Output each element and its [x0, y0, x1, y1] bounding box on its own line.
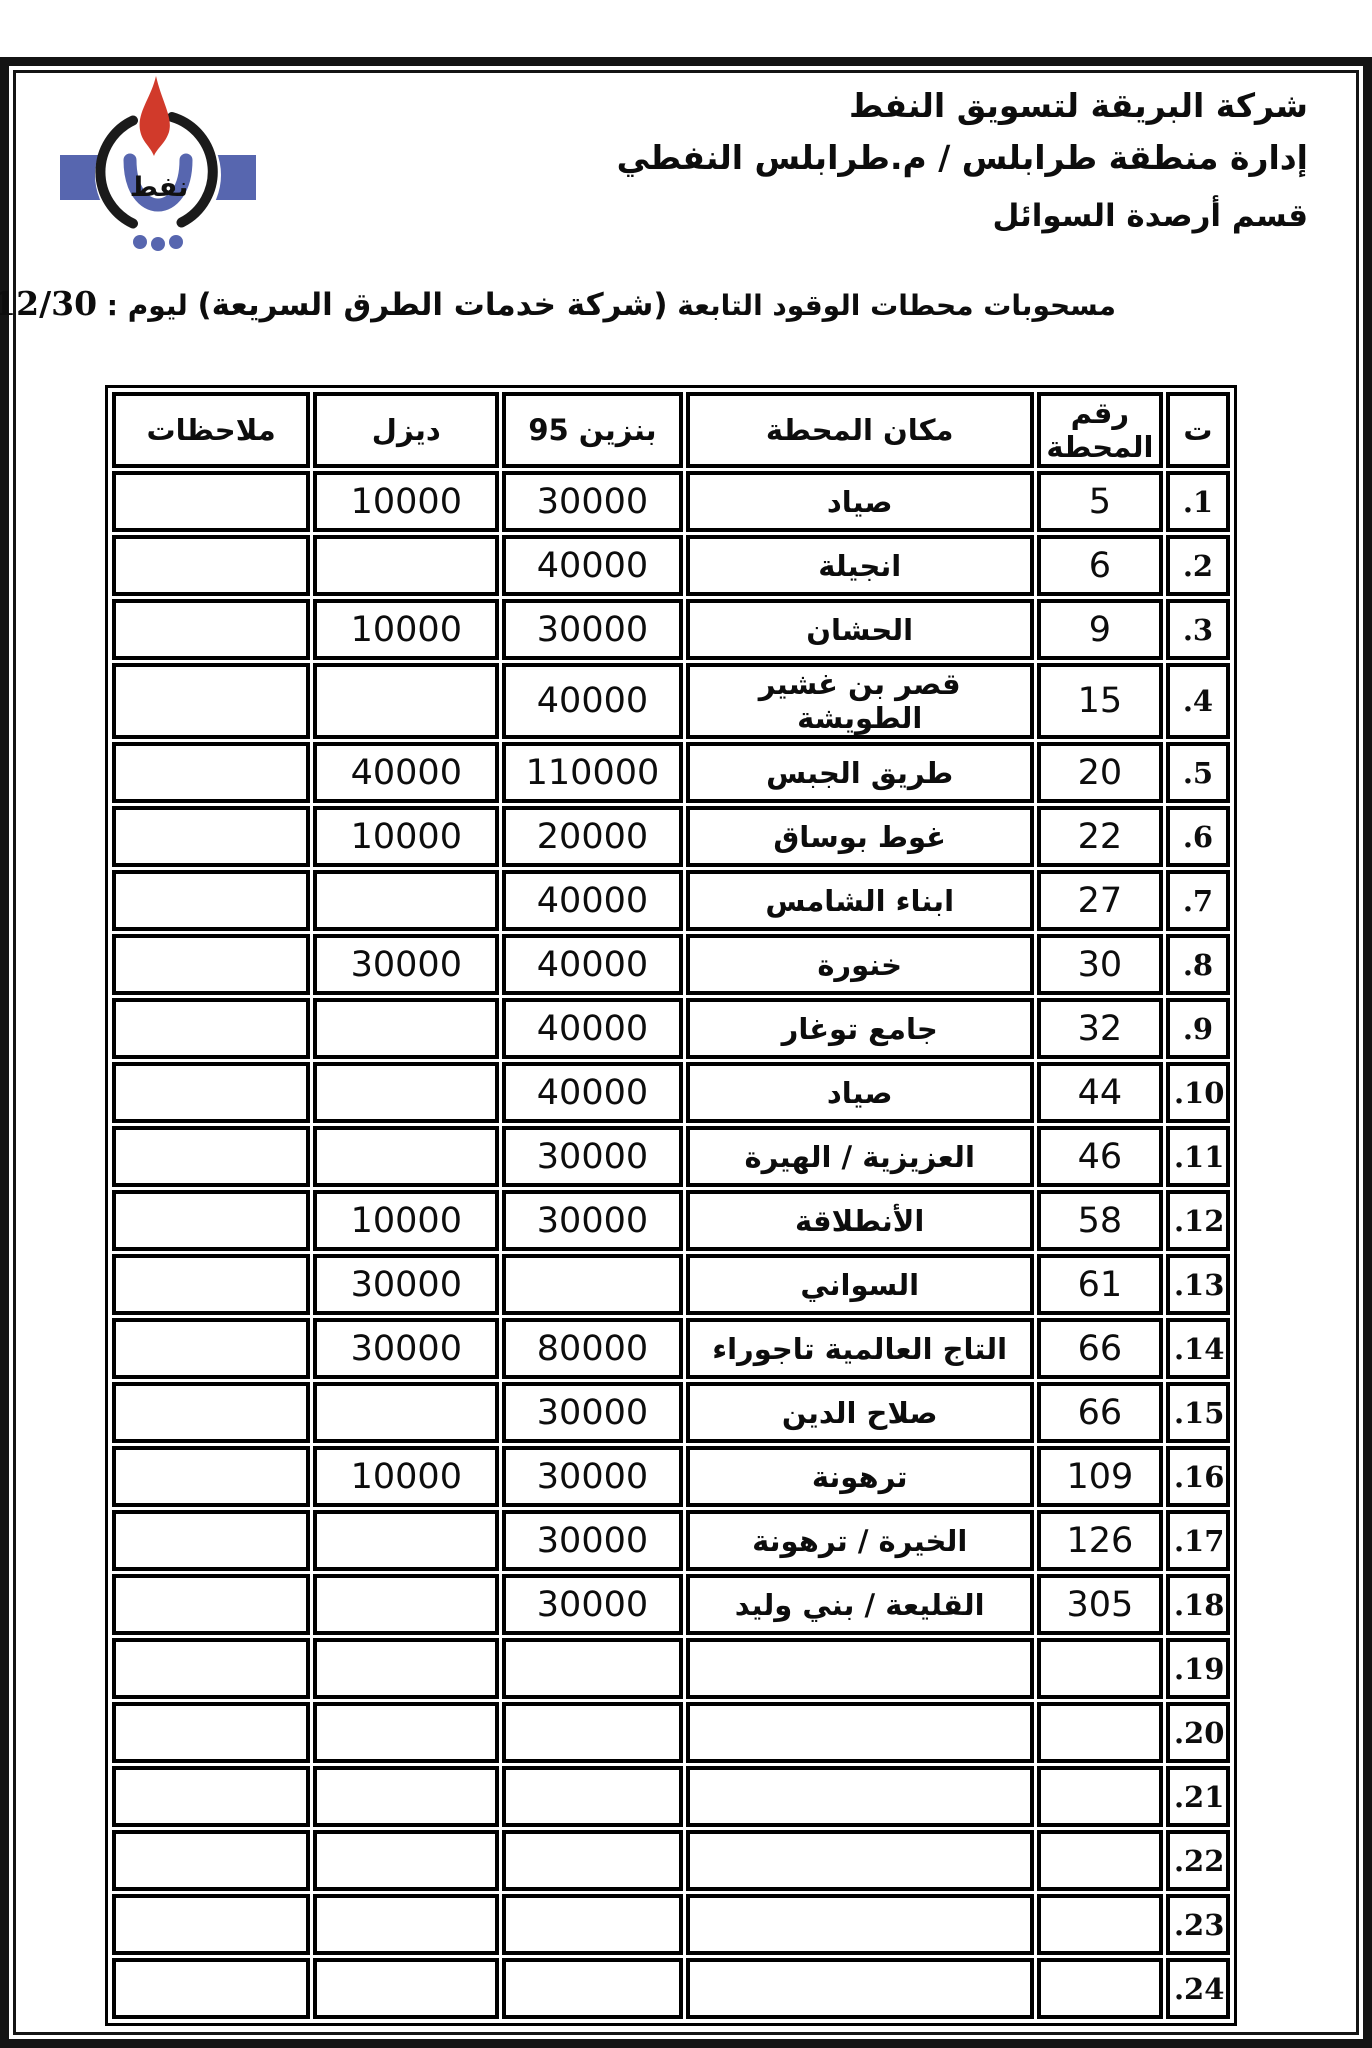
- title-prefix: مسحوبات محطات الوقود التابعة: [668, 289, 1116, 322]
- table-row: .1566صلاح الدين30000: [112, 1382, 1230, 1443]
- table-row: .520طريق الجبس11000040000: [112, 742, 1230, 803]
- station-number-cell: [1037, 1830, 1163, 1891]
- benzine95-cell: [502, 1958, 682, 2019]
- notes-cell: [112, 1702, 310, 1763]
- column-header-serial: ت: [1166, 392, 1230, 468]
- benzine95-cell: [502, 1894, 682, 1955]
- row-number-cell: .3: [1166, 599, 1230, 660]
- station-location-cell: انجيلة: [686, 535, 1034, 596]
- benzine95-cell: 40000: [502, 1062, 682, 1123]
- notes-cell: [112, 1318, 310, 1379]
- notes-cell: [112, 806, 310, 867]
- benzine95-cell: [502, 1702, 682, 1763]
- table-header-row: ت رقم المحطة مكان المحطة بنزين 95 ديزل م…: [112, 392, 1230, 468]
- station-number-cell: 46: [1037, 1126, 1163, 1187]
- diesel-cell: [313, 1062, 499, 1123]
- table-row: .15صياد3000010000: [112, 471, 1230, 532]
- diesel-cell: [313, 535, 499, 596]
- notes-cell: [112, 1254, 310, 1315]
- benzine95-cell: 30000: [502, 1574, 682, 1635]
- benzine95-cell: 40000: [502, 998, 682, 1059]
- benzine95-cell: 20000: [502, 806, 682, 867]
- table-row: .622غوط بوساق2000010000: [112, 806, 1230, 867]
- benzine95-cell: [502, 1830, 682, 1891]
- diesel-cell: [313, 1510, 499, 1571]
- withdrawals-table-grid: ت رقم المحطة مكان المحطة بنزين 95 ديزل م…: [109, 389, 1233, 2022]
- notes-cell: [112, 1510, 310, 1571]
- notes-cell: [112, 663, 310, 739]
- benzine95-cell: 30000: [502, 1510, 682, 1571]
- diesel-cell: 30000: [313, 1318, 499, 1379]
- table-row: .22: [112, 1830, 1230, 1891]
- row-number-cell: .16: [1166, 1446, 1230, 1507]
- logo-drop-icon: [151, 237, 165, 251]
- station-number-cell: 126: [1037, 1510, 1163, 1571]
- diesel-cell: 10000: [313, 1446, 499, 1507]
- station-location-cell: ابناء الشامس: [686, 870, 1034, 931]
- notes-cell: [112, 1574, 310, 1635]
- station-location-cell: ترهونة: [686, 1446, 1034, 1507]
- diesel-cell: 10000: [313, 1190, 499, 1251]
- diesel-cell: 30000: [313, 1254, 499, 1315]
- row-number-cell: .11: [1166, 1126, 1230, 1187]
- diesel-cell: [313, 870, 499, 931]
- station-location-cell: القليعة / بني وليد: [686, 1574, 1034, 1635]
- station-location-cell: قصر بن غشير الطويشة: [686, 663, 1034, 739]
- station-number-cell: 5: [1037, 471, 1163, 532]
- notes-cell: [112, 1766, 310, 1827]
- station-number-cell: 32: [1037, 998, 1163, 1059]
- station-location-cell: [686, 1958, 1034, 2019]
- station-number-cell: 30: [1037, 934, 1163, 995]
- station-number-cell: 66: [1037, 1318, 1163, 1379]
- table-body: .15صياد3000010000.26انجيلة40000.39الحشان…: [112, 471, 1230, 2019]
- diesel-cell: 10000: [313, 806, 499, 867]
- diesel-cell: [313, 1574, 499, 1635]
- title-day-label: ليوم :: [97, 289, 197, 322]
- table-row: .1466التاج العالمية تاجوراء8000030000: [112, 1318, 1230, 1379]
- station-number-cell: [1037, 1958, 1163, 2019]
- diesel-cell: [313, 998, 499, 1059]
- station-location-cell: التاج العالمية تاجوراء: [686, 1318, 1034, 1379]
- station-location-cell: غوط بوساق: [686, 806, 1034, 867]
- department-line: إدارة منطقة طرابلس / م.طرابلس النفطي: [617, 132, 1308, 184]
- station-number-cell: 22: [1037, 806, 1163, 867]
- benzine95-cell: 30000: [502, 1446, 682, 1507]
- notes-cell: [112, 998, 310, 1059]
- table-row: .17126الخيرة / ترهونة30000: [112, 1510, 1230, 1571]
- notes-cell: [112, 1126, 310, 1187]
- benzine95-cell: [502, 1638, 682, 1699]
- station-location-cell: الأنطلاقة: [686, 1190, 1034, 1251]
- benzine95-cell: 40000: [502, 870, 682, 931]
- row-number-cell: .18: [1166, 1574, 1230, 1635]
- letterhead: شركة البريقة لتسويق النفط إدارة منطقة طر…: [617, 80, 1308, 242]
- station-number-cell: [1037, 1702, 1163, 1763]
- row-number-cell: .10: [1166, 1062, 1230, 1123]
- row-number-cell: .5: [1166, 742, 1230, 803]
- diesel-cell: [313, 1958, 499, 2019]
- row-number-cell: .8: [1166, 934, 1230, 995]
- column-header-diesel: ديزل: [313, 392, 499, 468]
- row-number-cell: .1: [1166, 471, 1230, 532]
- notes-cell: [112, 1190, 310, 1251]
- diesel-cell: [313, 1126, 499, 1187]
- station-location-cell: [686, 1766, 1034, 1827]
- row-number-cell: .7: [1166, 870, 1230, 931]
- row-number-cell: .17: [1166, 1510, 1230, 1571]
- company-name: شركة البريقة لتسويق النفط: [617, 80, 1308, 132]
- notes-cell: [112, 471, 310, 532]
- table-row: .415قصر بن غشير الطويشة40000: [112, 663, 1230, 739]
- benzine95-cell: 80000: [502, 1318, 682, 1379]
- benzine95-cell: 30000: [502, 599, 682, 660]
- notes-cell: [112, 1830, 310, 1891]
- page-title: مسحوبات محطات الوقود التابعة (شركة خدمات…: [0, 284, 1116, 323]
- row-number-cell: .20: [1166, 1702, 1230, 1763]
- company-logo: نفط: [52, 62, 262, 262]
- notes-cell: [112, 599, 310, 660]
- notes-cell: [112, 870, 310, 931]
- column-header-station-number: رقم المحطة: [1037, 392, 1163, 468]
- column-header-notes: ملاحظات: [112, 392, 310, 468]
- diesel-cell: [313, 1382, 499, 1443]
- station-location-cell: الخيرة / ترهونة: [686, 1510, 1034, 1571]
- station-number-cell: 109: [1037, 1446, 1163, 1507]
- station-number-cell: 61: [1037, 1254, 1163, 1315]
- table-row: .830خنورة4000030000: [112, 934, 1230, 995]
- row-number-cell: .12: [1166, 1190, 1230, 1251]
- row-number-cell: .2: [1166, 535, 1230, 596]
- table-row: .16109ترهونة3000010000: [112, 1446, 1230, 1507]
- withdrawals-table: ت رقم المحطة مكان المحطة بنزين 95 ديزل م…: [105, 385, 1237, 2026]
- station-location-cell: العزيزية / الهيرة: [686, 1126, 1034, 1187]
- station-location-cell: الحشان: [686, 599, 1034, 660]
- logo-text: نفط: [130, 172, 188, 203]
- benzine95-cell: 110000: [502, 742, 682, 803]
- station-location-cell: [686, 1638, 1034, 1699]
- diesel-cell: [313, 1702, 499, 1763]
- benzine95-cell: 30000: [502, 1190, 682, 1251]
- station-number-cell: 305: [1037, 1574, 1163, 1635]
- station-location-cell: [686, 1702, 1034, 1763]
- table-row: .1146العزيزية / الهيرة30000: [112, 1126, 1230, 1187]
- benzine95-cell: 40000: [502, 535, 682, 596]
- benzine95-cell: [502, 1254, 682, 1315]
- station-number-cell: 66: [1037, 1382, 1163, 1443]
- benzine95-cell: [502, 1766, 682, 1827]
- table-row: .26انجيلة40000: [112, 535, 1230, 596]
- title-company-highlight: (شركة خدمات الطرق السريعة): [198, 287, 668, 323]
- table-row: .1361السواني30000: [112, 1254, 1230, 1315]
- station-location-cell: صياد: [686, 471, 1034, 532]
- notes-cell: [112, 742, 310, 803]
- column-header-station-location: مكان المحطة: [686, 392, 1034, 468]
- station-number-cell: [1037, 1894, 1163, 1955]
- notes-cell: [112, 1382, 310, 1443]
- logo-drop-icon: [133, 235, 147, 249]
- table-row: .21: [112, 1766, 1230, 1827]
- benzine95-cell: 40000: [502, 663, 682, 739]
- station-number-cell: 44: [1037, 1062, 1163, 1123]
- benzine95-cell: 30000: [502, 1126, 682, 1187]
- row-number-cell: .4: [1166, 663, 1230, 739]
- table-row: .1258الأنطلاقة3000010000: [112, 1190, 1230, 1251]
- station-location-cell: [686, 1830, 1034, 1891]
- notes-cell: [112, 1062, 310, 1123]
- station-location-cell: [686, 1894, 1034, 1955]
- diesel-cell: [313, 1894, 499, 1955]
- notes-cell: [112, 1446, 310, 1507]
- station-number-cell: 15: [1037, 663, 1163, 739]
- table-row: .19: [112, 1638, 1230, 1699]
- notes-cell: [112, 934, 310, 995]
- notes-cell: [112, 535, 310, 596]
- table-row: .23: [112, 1894, 1230, 1955]
- section-line: قسم أرصدة السوائل: [617, 190, 1308, 242]
- station-number-cell: 27: [1037, 870, 1163, 931]
- station-location-cell: صياد: [686, 1062, 1034, 1123]
- diesel-cell: [313, 1638, 499, 1699]
- station-number-cell: 9: [1037, 599, 1163, 660]
- row-number-cell: .24: [1166, 1958, 1230, 2019]
- diesel-cell: 10000: [313, 599, 499, 660]
- benzine95-cell: 30000: [502, 1382, 682, 1443]
- notes-cell: [112, 1958, 310, 2019]
- row-number-cell: .14: [1166, 1318, 1230, 1379]
- benzine95-cell: 40000: [502, 934, 682, 995]
- notes-cell: [112, 1638, 310, 1699]
- table-row: .24: [112, 1958, 1230, 2019]
- row-number-cell: .15: [1166, 1382, 1230, 1443]
- station-location-cell: خنورة: [686, 934, 1034, 995]
- title-date: 2017/12/30: [0, 284, 97, 323]
- diesel-cell: 40000: [313, 742, 499, 803]
- logo-drop-icon: [169, 235, 183, 249]
- station-number-cell: 58: [1037, 1190, 1163, 1251]
- station-number-cell: 6: [1037, 535, 1163, 596]
- table-row: .727ابناء الشامس40000: [112, 870, 1230, 931]
- diesel-cell: [313, 1830, 499, 1891]
- station-number-cell: 20: [1037, 742, 1163, 803]
- benzine95-cell: 30000: [502, 471, 682, 532]
- row-number-cell: .6: [1166, 806, 1230, 867]
- column-header-benzine95: بنزين 95: [502, 392, 682, 468]
- row-number-cell: .21: [1166, 1766, 1230, 1827]
- row-number-cell: .23: [1166, 1894, 1230, 1955]
- table-row: .39الحشان3000010000: [112, 599, 1230, 660]
- station-location-cell: طريق الجبس: [686, 742, 1034, 803]
- table-row: .18305القليعة / بني وليد30000: [112, 1574, 1230, 1635]
- row-number-cell: .22: [1166, 1830, 1230, 1891]
- diesel-cell: [313, 663, 499, 739]
- station-location-cell: صلاح الدين: [686, 1382, 1034, 1443]
- table-row: .932جامع توغار40000: [112, 998, 1230, 1059]
- notes-cell: [112, 1894, 310, 1955]
- diesel-cell: [313, 1766, 499, 1827]
- document-page: نفط شركة البريقة لتسويق النفط إدارة منطق…: [0, 0, 1372, 2048]
- station-number-cell: [1037, 1766, 1163, 1827]
- station-location-cell: جامع توغار: [686, 998, 1034, 1059]
- table-row: .1044صياد40000: [112, 1062, 1230, 1123]
- diesel-cell: 30000: [313, 934, 499, 995]
- row-number-cell: .9: [1166, 998, 1230, 1059]
- station-location-cell: السواني: [686, 1254, 1034, 1315]
- row-number-cell: .19: [1166, 1638, 1230, 1699]
- diesel-cell: 10000: [313, 471, 499, 532]
- row-number-cell: .13: [1166, 1254, 1230, 1315]
- station-number-cell: [1037, 1638, 1163, 1699]
- table-row: .20: [112, 1702, 1230, 1763]
